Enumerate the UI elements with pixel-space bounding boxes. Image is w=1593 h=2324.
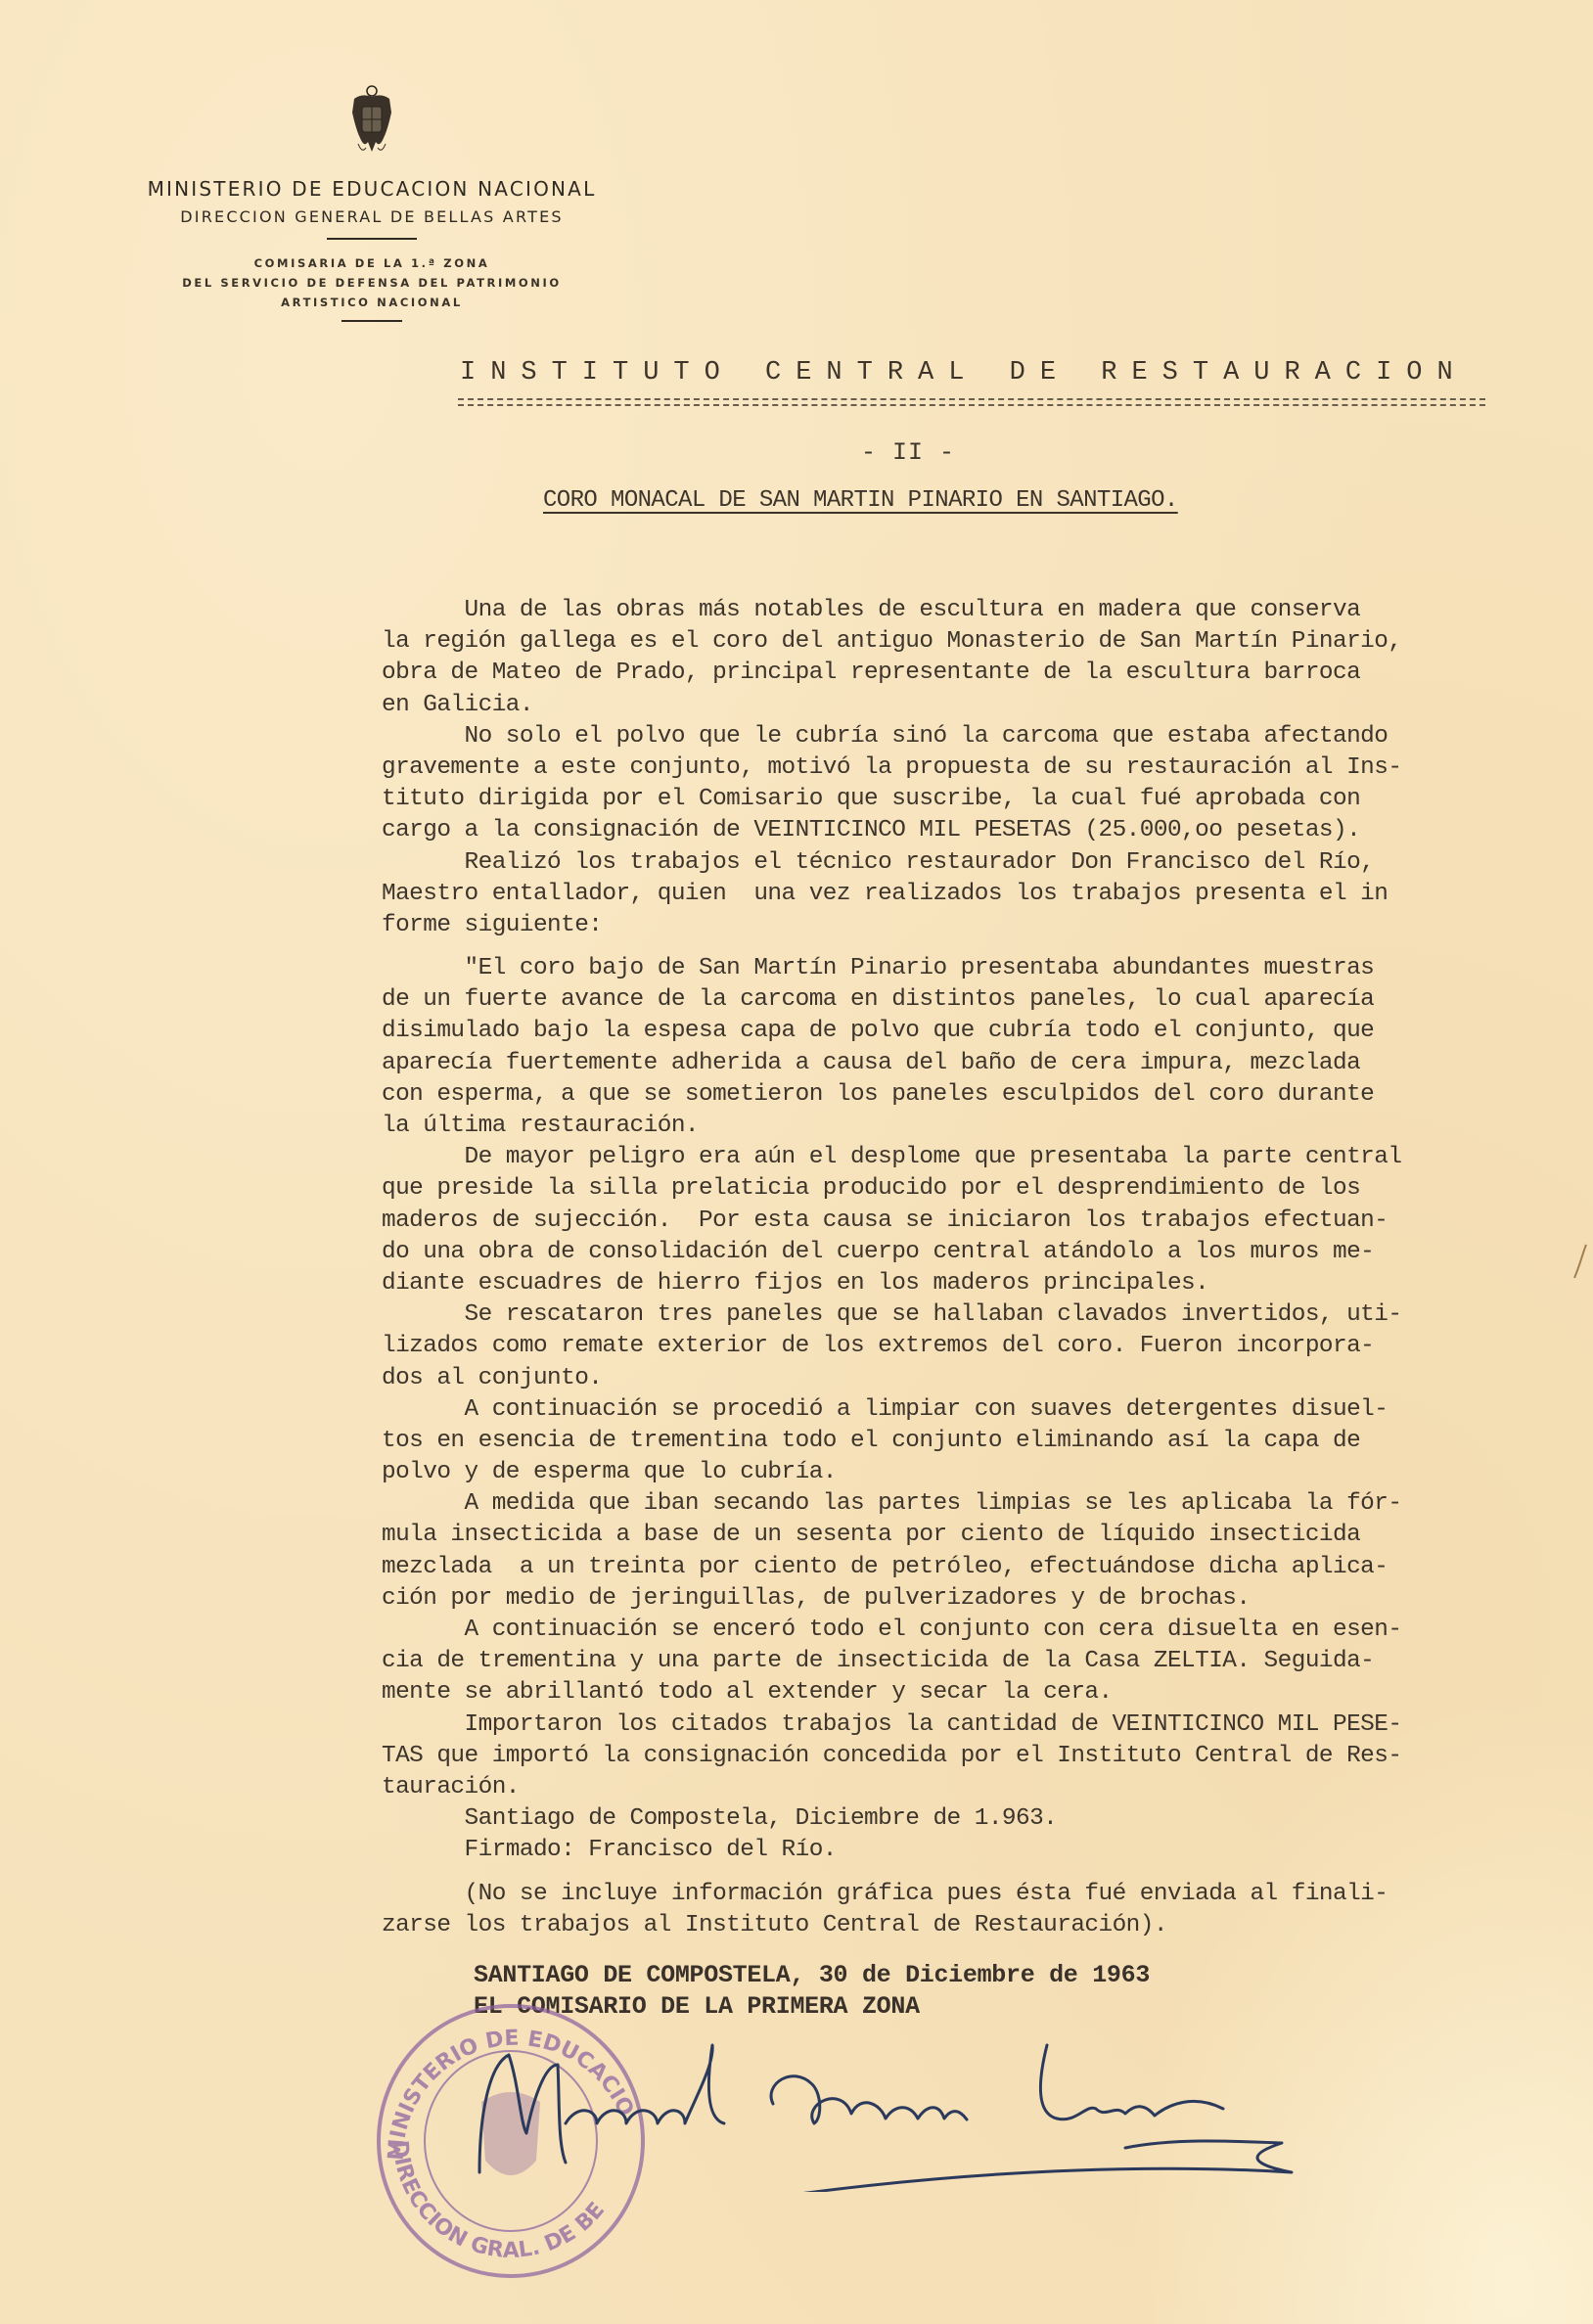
double-rule-divider bbox=[458, 398, 1485, 406]
text-line: Firmado: Francisco del Río. bbox=[382, 1835, 1536, 1866]
text-line: tos en esencia de trementina todo el con… bbox=[382, 1426, 1536, 1457]
text-line: tauración. bbox=[382, 1772, 1536, 1803]
commission-line: COMISARIA DE LA 1.ª ZONA bbox=[108, 253, 636, 273]
text-line: lizados como remate exterior de los extr… bbox=[382, 1331, 1536, 1362]
text-line: Una de las obras más notables de escultu… bbox=[382, 595, 1536, 626]
ministry-name: MINISTERIO DE EDUCACION NACIONAL bbox=[108, 177, 636, 201]
text-line: la última restauración. bbox=[382, 1111, 1536, 1142]
direction-name: DIRECCION GENERAL DE BELLAS ARTES bbox=[108, 207, 636, 226]
paragraph-gap bbox=[382, 1867, 1536, 1879]
text-line: diante escuadres de hierro fijos en los … bbox=[382, 1268, 1536, 1299]
coat-of-arms-icon bbox=[348, 83, 395, 161]
divider bbox=[341, 320, 402, 322]
letterhead: MINISTERIO DE EDUCACION NACIONAL DIRECCI… bbox=[108, 83, 636, 322]
text-line: TAS que importó la consignación concedid… bbox=[382, 1741, 1536, 1772]
text-line: que preside la silla prelaticia producid… bbox=[382, 1173, 1536, 1205]
text-line: No solo el polvo que le cubría sinó la c… bbox=[382, 721, 1536, 752]
divider bbox=[327, 238, 417, 240]
text-line: zarse los trabajos al Instituto Central … bbox=[382, 1910, 1536, 1941]
text-line: la región gallega es el coro del antiguo… bbox=[382, 626, 1536, 658]
text-line: de un fuerte avance de la carcoma en dis… bbox=[382, 984, 1536, 1016]
text-line: polvo y de esperma que lo cubría. bbox=[382, 1457, 1536, 1488]
text-line: do una obra de consolidación del cuerpo … bbox=[382, 1237, 1536, 1268]
text-line: gravemente a este conjunto, motivó la pr… bbox=[382, 752, 1536, 784]
text-line: Realizó los trabajos el técnico restaura… bbox=[382, 847, 1536, 879]
text-line: mente se abrillantó todo al extender y s… bbox=[382, 1677, 1536, 1709]
paper-crease bbox=[1570, 1243, 1590, 1282]
text-line: disimulado bajo la espesa capa de polvo … bbox=[382, 1016, 1536, 1047]
institute-title: INSTITUTO CENTRAL DE RESTAURACION bbox=[460, 358, 1487, 387]
text-line: cia de trementina y una parte de insecti… bbox=[382, 1646, 1536, 1677]
body-text: Una de las obras más notables de escultu… bbox=[382, 595, 1536, 1941]
commission-line: DEL SERVICIO DE DEFENSA DEL PATRIMONIO bbox=[108, 273, 636, 293]
document-subject: CORO MONACAL DE SAN MARTIN PINARIO EN SA… bbox=[543, 487, 1178, 514]
text-line: Maestro entallador, quien una vez realiz… bbox=[382, 879, 1536, 910]
text-line: tituto dirigida por el Comisario que sus… bbox=[382, 784, 1536, 815]
text-line: Se rescataron tres paneles que se hallab… bbox=[382, 1299, 1536, 1331]
place-date: SANTIAGO DE COMPOSTELA, 30 de Diciembre … bbox=[474, 1960, 1150, 1991]
text-line: Santiago de Compostela, Diciembre de 1.9… bbox=[382, 1803, 1536, 1835]
section-number: - II - bbox=[861, 438, 955, 467]
text-line: aparecía fuertemente adherida a causa de… bbox=[382, 1048, 1536, 1079]
text-line: A continuación se procedió a limpiar con… bbox=[382, 1394, 1536, 1426]
text-line: Importaron los citados trabajos la canti… bbox=[382, 1709, 1536, 1741]
document-page: MINISTERIO DE EDUCACION NACIONAL DIRECCI… bbox=[0, 0, 1593, 2324]
text-line: "El coro bajo de San Martín Pinario pres… bbox=[382, 953, 1536, 984]
text-line: A medida que iban secando las partes lim… bbox=[382, 1488, 1536, 1520]
paragraph-gap bbox=[382, 941, 1536, 953]
text-line: con esperma, a que se sometieron los pan… bbox=[382, 1079, 1536, 1111]
text-line: (No se incluye información gráfica pues … bbox=[382, 1879, 1536, 1910]
text-line: forme siguiente: bbox=[382, 910, 1536, 941]
text-line: cargo a la consignación de VEINTICINCO M… bbox=[382, 815, 1536, 846]
text-line: dos al conjunto. bbox=[382, 1363, 1536, 1394]
text-line: maderos de sujección. Por esta causa se … bbox=[382, 1206, 1536, 1237]
text-line: obra de Mateo de Prado, principal repres… bbox=[382, 658, 1536, 689]
text-line: A continuación se enceró todo el conjunt… bbox=[382, 1615, 1536, 1646]
text-line: ción por medio de jeringuillas, de pulve… bbox=[382, 1583, 1536, 1615]
commission-line: ARTISTICO NACIONAL bbox=[108, 293, 636, 312]
handwritten-signature bbox=[450, 2026, 1311, 2192]
text-line: De mayor peligro era aún el desplome que… bbox=[382, 1142, 1536, 1173]
text-line: mula insecticida a base de un sesenta po… bbox=[382, 1520, 1536, 1551]
text-line: en Galicia. bbox=[382, 690, 1536, 721]
text-line: mezclada a un treinta por ciento de petr… bbox=[382, 1552, 1536, 1583]
